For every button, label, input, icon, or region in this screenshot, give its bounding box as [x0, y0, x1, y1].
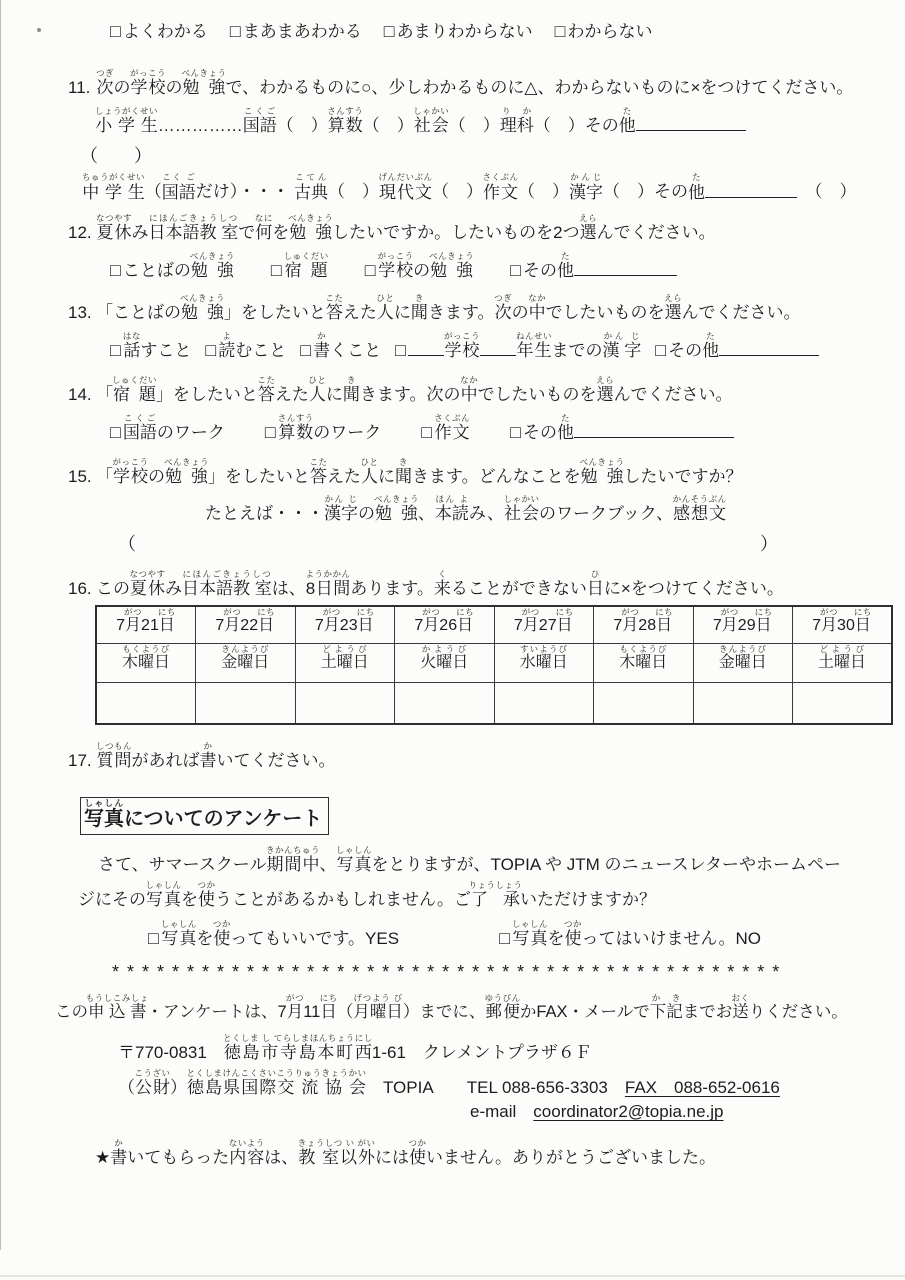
ruby-text: 学校がっこう	[131, 78, 166, 97]
option-sansuu-work[interactable]: □算数さんすうのワーク	[265, 413, 381, 443]
text-run: その	[523, 261, 557, 280]
text-run: いただけますか？	[520, 890, 656, 909]
fill-in-blank[interactable]	[574, 259, 677, 276]
option-sonota[interactable]: □その他た	[655, 331, 819, 361]
option-sonota[interactable]: □その他た	[510, 413, 734, 443]
ruby-text: 他た	[619, 116, 636, 135]
photo-paragraph-line2: ジにその写真しゃしんを使つかうことがあるかもしれません。ご了 承りょうしょういた…	[78, 880, 905, 910]
text-run: に×をつけてください。	[604, 579, 784, 598]
ruby-text: 期間中きかんちゅう	[266, 855, 319, 874]
ruby-text: 算数さんすう	[328, 116, 363, 135]
ruby-text: 答こた	[310, 467, 327, 486]
text-run: 21	[141, 617, 159, 634]
checkbox-icon[interactable]: □	[421, 422, 432, 442]
photo-survey-section-heading-wrap: 写真しゃしんについてのアンケート	[80, 797, 905, 836]
ruby-text: 了 承りょうしょう	[471, 890, 520, 909]
text-run: わからない	[568, 22, 653, 41]
close-paren: ）	[760, 534, 778, 555]
ruby-text: 勉 強べんきょう	[375, 504, 418, 523]
ruby-text: 写真しゃしん	[161, 929, 197, 948]
ruby-text: 月がつ	[821, 617, 837, 634]
q14-number: 14.	[68, 385, 96, 405]
text-run: FAX 088-652-0616	[625, 1078, 780, 1097]
checkbox-icon[interactable]: □	[384, 21, 395, 41]
ruby-text: 夏休なつやす	[130, 579, 165, 598]
day-cell: 木曜日もくようび	[594, 643, 694, 682]
checkbox-icon[interactable]: □	[499, 928, 510, 948]
ruby-text: 写真しゃしん	[84, 808, 124, 830]
scanned-survey-page: □よくわかる □まあまあわかる □あまりわからない □わからない 11. 次つぎ…	[0, 0, 905, 1280]
ruby-text: 質問しつもん	[96, 751, 132, 770]
text-run: でしたいものを	[546, 303, 665, 322]
checkbox-icon[interactable]: □	[265, 422, 276, 442]
option-sakubun[interactable]: □作文さくぶん	[421, 413, 470, 443]
question-11: 11. 次つぎの学校がっこうの勉 強べんきょうで、わかるものに○、少しわかるもの…	[68, 68, 905, 98]
ruby-text: 送おく	[732, 1003, 749, 1021]
ruby-text: 漢字かん じ	[324, 504, 358, 523]
question-13: 13. 「ことばの勉 強べんきょう」をしたいと答こたえた人ひとに聞ききます。次つ…	[68, 293, 905, 323]
text-run: ……………	[158, 116, 243, 135]
fill-in-blank[interactable]	[408, 339, 444, 356]
ruby-text: 現代文げんだいぶん	[379, 183, 432, 202]
submit-instructions: この申込書もうしこみしょ・アンケートは、7月がつ11日にち（月曜日げつよう び）…	[55, 993, 905, 1022]
q15-number: 15.	[68, 467, 96, 487]
ruby-text: 月がつ	[722, 617, 738, 634]
text-run: この	[55, 1003, 88, 1021]
open-paren: （	[118, 534, 136, 555]
checkbox-icon[interactable]: □	[110, 422, 121, 442]
fill-in-blank[interactable]	[574, 421, 734, 438]
text-run: むこと	[235, 341, 286, 360]
ruby-text: 日にち	[557, 617, 574, 634]
ruby-text: 金曜日きんようび	[221, 654, 269, 671]
text-run: の	[148, 467, 165, 486]
ruby-text: 教 室以外きょうしつ い がい	[298, 1148, 375, 1167]
ruby-text: 月がつ	[287, 1003, 304, 1021]
text-run: えた	[275, 385, 309, 404]
ruby-text: 漢字かんじ	[569, 183, 603, 202]
text-run: ）	[170, 1078, 187, 1097]
text-run: をとりますが、TOPIA や JTM のニュースレターやホームペー	[372, 855, 841, 874]
text-run: （ ）	[432, 183, 483, 202]
text-run: を	[181, 890, 198, 909]
text-run: したいですか。したいものを2つ	[332, 223, 579, 242]
option-kotoba-benkyou[interactable]: □ことばの勉 強べんきょう	[110, 251, 235, 281]
ruby-text: 選えら	[580, 223, 597, 242]
availability-cell[interactable]	[693, 682, 793, 724]
q17-text: 質問しつもんがあれば書かいてください。	[96, 741, 336, 771]
text-run: についてのアンケート	[124, 808, 322, 830]
postal-address: 〒770-0831 徳島市寺島本町西とくしま し てらしまほんちょうにし1-61…	[118, 1033, 905, 1063]
checkbox-icon[interactable]: □	[300, 340, 311, 360]
text-run: を	[272, 223, 289, 242]
text-run: まあまあわかる	[243, 22, 362, 41]
text-run: み	[165, 579, 182, 598]
day-cell: 金曜日きんようび	[693, 643, 793, 682]
ruby-text: 中 学 生ちゅうがくせい	[82, 183, 145, 202]
option-photo-no[interactable]: □写真しゃしんを使つかってはいけません。NO	[499, 919, 761, 949]
text-run: coordinator2@topia.ne.jp	[533, 1102, 723, 1121]
ruby-text: 8日間ようかかん	[306, 579, 351, 598]
ruby-text: 木曜日もくようび	[122, 654, 170, 671]
text-run: あります。	[350, 579, 434, 598]
text-run: えた	[343, 303, 377, 322]
email-contact[interactable]: e-mail coordinator2@topia.ne.jp	[470, 1102, 905, 1122]
ruby-text: 徳島市寺島本町西とくしま し てらしまほんちょうにし	[224, 1043, 372, 1062]
asterisk-divider: ****************************************…	[112, 962, 905, 983]
text-run: のワークブック、	[539, 504, 673, 523]
ruby-text: 聞き	[395, 467, 412, 486]
q16-text: この夏休なつやすみ日本語教 室にほんごきょうしつは、8日間ようかかんあります。来…	[96, 569, 784, 599]
q11-text: 次つぎの学校がっこうの勉 強べんきょうで、わかるものに○、少しわかるものに△、わ…	[96, 68, 853, 98]
ruby-text: 年生ねんせい	[516, 341, 552, 360]
text-run: ってはいけません。NO	[581, 929, 761, 948]
ruby-text: 理科り か	[500, 116, 534, 135]
day-cell: 土曜日どようび	[295, 643, 395, 682]
ruby-text: 学校がっこう	[444, 341, 480, 360]
date-cell: 7月がつ21日にち	[96, 606, 196, 643]
ruby-text: 読よ	[218, 341, 235, 360]
text-run: 23	[340, 617, 358, 634]
ruby-text: 人ひと	[309, 385, 326, 404]
date-cell: 7月がつ30日にち	[793, 606, 893, 643]
ruby-text: 選えら	[597, 385, 614, 404]
text-run: えた	[327, 467, 361, 486]
fill-in-blank[interactable]	[719, 339, 819, 356]
ruby-text: 申込書もうしこみしょ	[88, 1003, 147, 1021]
date-cell: 7月がつ26日にち	[395, 606, 495, 643]
scan-speck	[37, 28, 41, 32]
text-run: 」をしたいと	[156, 385, 258, 404]
availability-cell[interactable]	[594, 682, 694, 724]
text-run: ★	[95, 1148, 110, 1167]
text-run: あまりわからない	[397, 22, 533, 41]
ruby-text: 日にち	[656, 617, 673, 634]
text-run: んでください。	[682, 303, 801, 322]
text-run: は、	[264, 1148, 298, 1167]
text-run: には	[375, 1148, 409, 1167]
checkbox-icon[interactable]: □	[110, 260, 121, 280]
option-hanasu[interactable]: □話はなすこと	[110, 331, 191, 361]
day-row: 木曜日もくようび 金曜日きんようび 土曜日どようび 火曜日かようび 水曜日すいよ…	[96, 643, 892, 682]
photo-survey-heading: 写真しゃしんについてのアンケート	[80, 797, 329, 836]
privacy-note: ★書かいてもらった内容ないようは、教 室以外きょうしつ い がいには使つかいませ…	[95, 1138, 905, 1168]
text-run: かFAX・メールで	[520, 1003, 650, 1021]
ruby-text: 答こた	[258, 385, 275, 404]
q13-text: 「ことばの勉 強べんきょう」をしたいと答こたえた人ひとに聞ききます。次つぎの中な…	[96, 293, 801, 323]
text-run: （ ）	[277, 116, 328, 135]
text-run: み、	[469, 504, 504, 523]
ruby-text: 勉 強べんきょう	[183, 78, 226, 97]
ruby-text: 日本語教 室にほんごきょうしつ	[149, 223, 239, 242]
scan-bottom-edge	[0, 1275, 905, 1277]
text-run: くこと	[330, 341, 381, 360]
text-run: e-mail	[470, 1102, 533, 1121]
ruby-text: 何なに	[255, 223, 272, 242]
text-run: 11	[303, 1003, 320, 1021]
text-run: その	[523, 423, 557, 442]
photo-consent-row: □写真しゃしんを使つかってもいいです。YES □写真しゃしんを使つかってはいけま…	[148, 919, 905, 949]
ruby-text: 写真しゃしん	[512, 929, 548, 948]
q11-number: 11.	[68, 78, 96, 98]
day-cell: 土曜日どようび	[793, 643, 893, 682]
ruby-text: 国語こくご	[243, 116, 277, 135]
text-run: は、	[272, 579, 306, 598]
ruby-text: 使つか	[409, 1148, 426, 1167]
checkbox-icon[interactable]: □	[365, 260, 376, 280]
mark-row	[96, 682, 892, 724]
date-row: 7月がつ21日にち 7月がつ22日にち 7月がつ23日にち 7月がつ26日にち …	[96, 606, 892, 643]
availability-cell[interactable]	[494, 682, 594, 724]
checkbox-icon[interactable]: □	[148, 928, 159, 948]
checkbox-icon[interactable]: □	[510, 422, 521, 442]
text-run: さて、サマースクール	[98, 855, 266, 874]
schedule-table: 7月がつ21日にち 7月がつ22日にち 7月がつ23日にち 7月がつ26日にち …	[95, 605, 893, 725]
q15-text: 「学校がっこうの勉 強べんきょう」をしたいと答こたえた人ひとに聞ききます。どんな…	[96, 457, 743, 487]
ruby-text: 土曜日どようび	[818, 654, 866, 671]
question-16: 16. この夏休なつやすみ日本語教 室にほんごきょうしつは、8日間ようかかんあり…	[68, 569, 905, 599]
option-gakkou-benkyou[interactable]: □学校がっこうの勉 強べんきょう	[365, 251, 474, 281]
date-cell: 7月がつ27日にち	[494, 606, 594, 643]
q12-options-row: □ことばの勉 強べんきょう □宿 題しゅくだい □学校がっこうの勉 強べんきょう…	[110, 251, 905, 281]
ruby-text: 本読ほん よ	[435, 504, 469, 523]
text-run: を	[547, 929, 564, 948]
text-run: の	[512, 303, 529, 322]
ruby-text: 下記か き	[650, 1003, 683, 1021]
text-run: （ ）その	[603, 183, 688, 202]
text-run: があれば	[132, 751, 200, 770]
fill-in-blank[interactable]	[705, 180, 797, 197]
day-cell: 金曜日きんようび	[196, 643, 296, 682]
text-run: 1-61 クレメントプラザ６Ｆ	[372, 1043, 592, 1062]
ruby-text: 勉 強べんきょう	[191, 261, 235, 280]
checkbox-icon[interactable]: □	[555, 21, 566, 41]
text-run: うことがあるかもしれません。ご	[215, 890, 471, 909]
text-run: 」をしたいと	[208, 467, 310, 486]
text-run: 「	[96, 385, 113, 404]
ruby-text: 徳島県国際交 流 協 会とくしまけんこくさいこうりゅうきょうかい	[187, 1078, 366, 1097]
ruby-text: 月がつ	[423, 617, 439, 634]
ruby-text: 日にち	[756, 617, 773, 634]
option-kokugo-work[interactable]: □国語こくごのワーク	[110, 413, 225, 443]
photo-paragraph-line1: さて、サマースクール期間中きかんちゅう、写真しゃしんをとりますが、TOPIA や…	[98, 845, 905, 875]
text-run: いてください。	[217, 751, 336, 770]
option-sonota[interactable]: □その他た	[510, 251, 677, 281]
ruby-text: 勉 強べんきょう	[289, 223, 332, 242]
option-wakaranai[interactable]: □わからない	[555, 21, 653, 42]
scan-left-edge	[0, 0, 1, 1250]
option-amari-wakaranai[interactable]: □あまりわからない	[384, 21, 533, 42]
text-run: りください。	[749, 1003, 848, 1021]
text-run: （ ）	[80, 146, 152, 166]
checkbox-icon[interactable]: □	[395, 340, 406, 360]
text-run: すこと	[140, 341, 191, 360]
ruby-text: 勉 強べんきょう	[581, 467, 624, 486]
text-run: んでください。	[614, 385, 733, 404]
text-run: 「ことばの	[96, 303, 181, 322]
ruby-text: 月がつ	[523, 617, 539, 634]
text-run: 26	[439, 617, 457, 634]
text-run: 22	[240, 617, 258, 634]
text-run: いません。ありがとうございました。	[426, 1148, 716, 1167]
text-run: ・アンケートは、7	[147, 1003, 287, 1021]
ruby-text: 火曜日かようび	[420, 654, 468, 671]
ruby-text: 金曜日きんようび	[719, 654, 767, 671]
q13-options-row: □話はなすこと □読よむこと □書かくこと □学校がっこう年生ねんせいまでの漢 …	[110, 331, 905, 361]
text-run: んでください。	[597, 223, 716, 242]
text-run: だけ）・・・	[196, 183, 294, 202]
text-run: その	[668, 341, 702, 360]
ruby-text: 日本語教 室にほんごきょうしつ	[182, 579, 272, 598]
ruby-text: 日ひ	[587, 579, 604, 598]
text-run: で	[238, 223, 255, 242]
ruby-text: 聞き	[343, 385, 360, 404]
ruby-text: 来く	[434, 579, 451, 598]
availability-cell[interactable]	[395, 682, 495, 724]
q13-number: 13.	[68, 303, 96, 323]
ruby-text: 日にち	[358, 617, 375, 634]
text-run: 、	[320, 855, 337, 874]
text-run: でしたいものを	[478, 385, 597, 404]
q10-options-row: □よくわかる □まあまあわかる □あまりわからない □わからない	[110, 21, 905, 42]
ruby-text: 写真しゃしん	[146, 890, 181, 909]
ruby-text: 勉 強べんきょう	[430, 261, 474, 280]
option-yoku-wakaru[interactable]: □よくわかる	[110, 21, 208, 42]
date-cell: 7月がつ22日にち	[196, 606, 296, 643]
ruby-text: 国語こく ご	[162, 183, 196, 202]
date-cell: 7月がつ28日にち	[594, 606, 694, 643]
ruby-text: 古典こてん	[294, 183, 328, 202]
ruby-text: 中なか	[461, 385, 478, 404]
text-run: きます。次の	[360, 385, 461, 404]
checkbox-icon[interactable]: □	[110, 340, 121, 360]
checkbox-icon[interactable]: □	[510, 260, 521, 280]
availability-cell[interactable]	[793, 682, 893, 724]
ruby-text: 話はな	[123, 341, 141, 360]
ruby-text: 作文さくぶん	[434, 423, 470, 442]
ruby-text: 他た	[557, 261, 574, 280]
option-kanji-grade[interactable]: □学校がっこう年生ねんせいまでの漢 字かん じ	[395, 331, 641, 361]
text-run: 28	[638, 617, 656, 634]
option-maamaa-wakaru[interactable]: □まあまあわかる	[230, 21, 362, 42]
ruby-text: 月がつ	[324, 617, 340, 634]
ruby-text: 漢 字かん じ	[603, 341, 642, 360]
option-kaku[interactable]: □書かくこと	[300, 331, 381, 361]
availability-cell[interactable]	[196, 682, 296, 724]
text-run: で、わかるものに○、少しわかるものに△、わからないものに×をつけてください。	[225, 78, 853, 97]
ruby-text: 勉 強べんきょう	[165, 467, 208, 486]
ruby-text: 日にち	[855, 617, 872, 634]
text-run: （	[118, 1078, 135, 1097]
question-15: 15. 「学校がっこうの勉 強べんきょう」をしたいと答こたえた人ひとに聞ききます…	[68, 457, 905, 487]
ruby-text: 聞き	[411, 303, 428, 322]
checkbox-icon[interactable]: □	[271, 260, 282, 280]
ruby-text: 書か	[313, 341, 330, 360]
question-12: 12. 夏休なつやすみ日本語教 室にほんごきょうしつで何なにを勉 強べんきょうし…	[68, 213, 905, 243]
q11-junior-row: 中 学 生ちゅうがくせい（国語こく ごだけ）・・・ 古典こてん（ ）現代文げんだ…	[82, 173, 905, 203]
ruby-text: 学校がっこう	[113, 467, 148, 486]
option-photo-yes[interactable]: □写真しゃしんを使つかってもいいです。YES	[148, 919, 399, 949]
option-shukudai[interactable]: □宿 題しゅくだい	[271, 251, 329, 281]
ruby-text: 内容ないよう	[229, 1148, 264, 1167]
ruby-text: 日にち	[457, 617, 474, 634]
ruby-text: 書か	[200, 751, 217, 770]
checkbox-icon[interactable]: □	[230, 21, 241, 41]
text-run: この	[96, 579, 130, 598]
availability-cell[interactable]	[295, 682, 395, 724]
checkbox-icon[interactable]: □	[655, 340, 666, 360]
text-run: きます。	[428, 303, 495, 322]
text-run: （ ）	[449, 116, 500, 135]
ruby-text: 国語こくご	[123, 423, 157, 442]
ruby-text: 社会しゃかい	[504, 504, 539, 523]
ruby-text: 社会しゃかい	[414, 116, 449, 135]
date-cell: 7月がつ23日にち	[295, 606, 395, 643]
text-run: 〒770-0831	[118, 1043, 224, 1062]
text-run: を	[196, 929, 213, 948]
q14-text: 「宿 題しゅくだい」をしたいと答こたえた人ひとに聞ききます。次の中なかでしたいも…	[96, 375, 733, 405]
day-cell: 木曜日もくようび	[96, 643, 196, 682]
ruby-text: 学校がっこう	[378, 261, 414, 280]
ruby-text: 日にち	[320, 1003, 337, 1021]
question-14: 14. 「宿 題しゅくだい」をしたいと答こたえた人ひとに聞ききます。次の中なかで…	[68, 375, 905, 405]
ruby-text: 夏休なつやす	[96, 223, 132, 242]
q14-options-row: □国語こくごのワーク □算数さんすうのワーク □作文さくぶん □その他た	[110, 413, 905, 443]
text-run: 29	[738, 617, 756, 634]
q15-answer-line[interactable]: （ ）	[118, 534, 778, 555]
text-run: よくわかる	[123, 22, 208, 41]
text-run: までお	[683, 1003, 733, 1021]
q16-number: 16.	[68, 579, 96, 599]
text-run: （ ）その	[534, 116, 619, 135]
ruby-text: 宿 題しゅくだい	[113, 385, 156, 404]
checkbox-icon[interactable]: □	[205, 340, 216, 360]
ruby-text: 日にち	[258, 617, 275, 634]
text-run: に	[326, 385, 343, 404]
ruby-text: 月曜日げつよう び	[353, 1003, 403, 1021]
checkbox-icon[interactable]: □	[110, 21, 121, 41]
q11-overflow-paren[interactable]: （ ）	[80, 146, 905, 167]
fill-in-blank[interactable]	[636, 114, 746, 131]
ruby-text: 宿 題しゅくだい	[284, 261, 329, 280]
q12-text: 夏休なつやすみ日本語教 室にほんごきょうしつで何なにを勉 強べんきょうしたいです…	[96, 213, 716, 243]
availability-cell[interactable]	[96, 682, 196, 724]
option-yomu[interactable]: □読よむこと	[205, 331, 286, 361]
ruby-text: 中なか	[529, 303, 546, 322]
text-run: ることができない	[451, 579, 587, 598]
text-run: ことばの	[123, 261, 191, 280]
text-run: のワーク	[313, 423, 381, 442]
fill-in-blank[interactable]	[480, 339, 516, 356]
text-run: の	[413, 261, 430, 280]
text-run: 、	[418, 504, 435, 523]
text-run: までの	[552, 341, 603, 360]
text-run: に	[394, 303, 411, 322]
ruby-text: 使つか	[564, 929, 581, 948]
text-run: ジにその	[78, 890, 146, 909]
ruby-text: 他た	[688, 183, 705, 202]
ruby-text: 水曜日すいようび	[520, 654, 568, 671]
ruby-text: 月がつ	[125, 617, 141, 634]
ruby-text: 人ひと	[361, 467, 378, 486]
text-run: TOPIA TEL 088-656-3303	[366, 1078, 625, 1097]
text-run: （	[145, 183, 162, 202]
ruby-text: 使つか	[198, 890, 215, 909]
text-run: （ ）	[797, 183, 857, 202]
ruby-text: 月がつ	[622, 617, 638, 634]
text-run: （ ）	[328, 183, 379, 202]
text-run: ってもいいです。YES	[230, 929, 399, 948]
